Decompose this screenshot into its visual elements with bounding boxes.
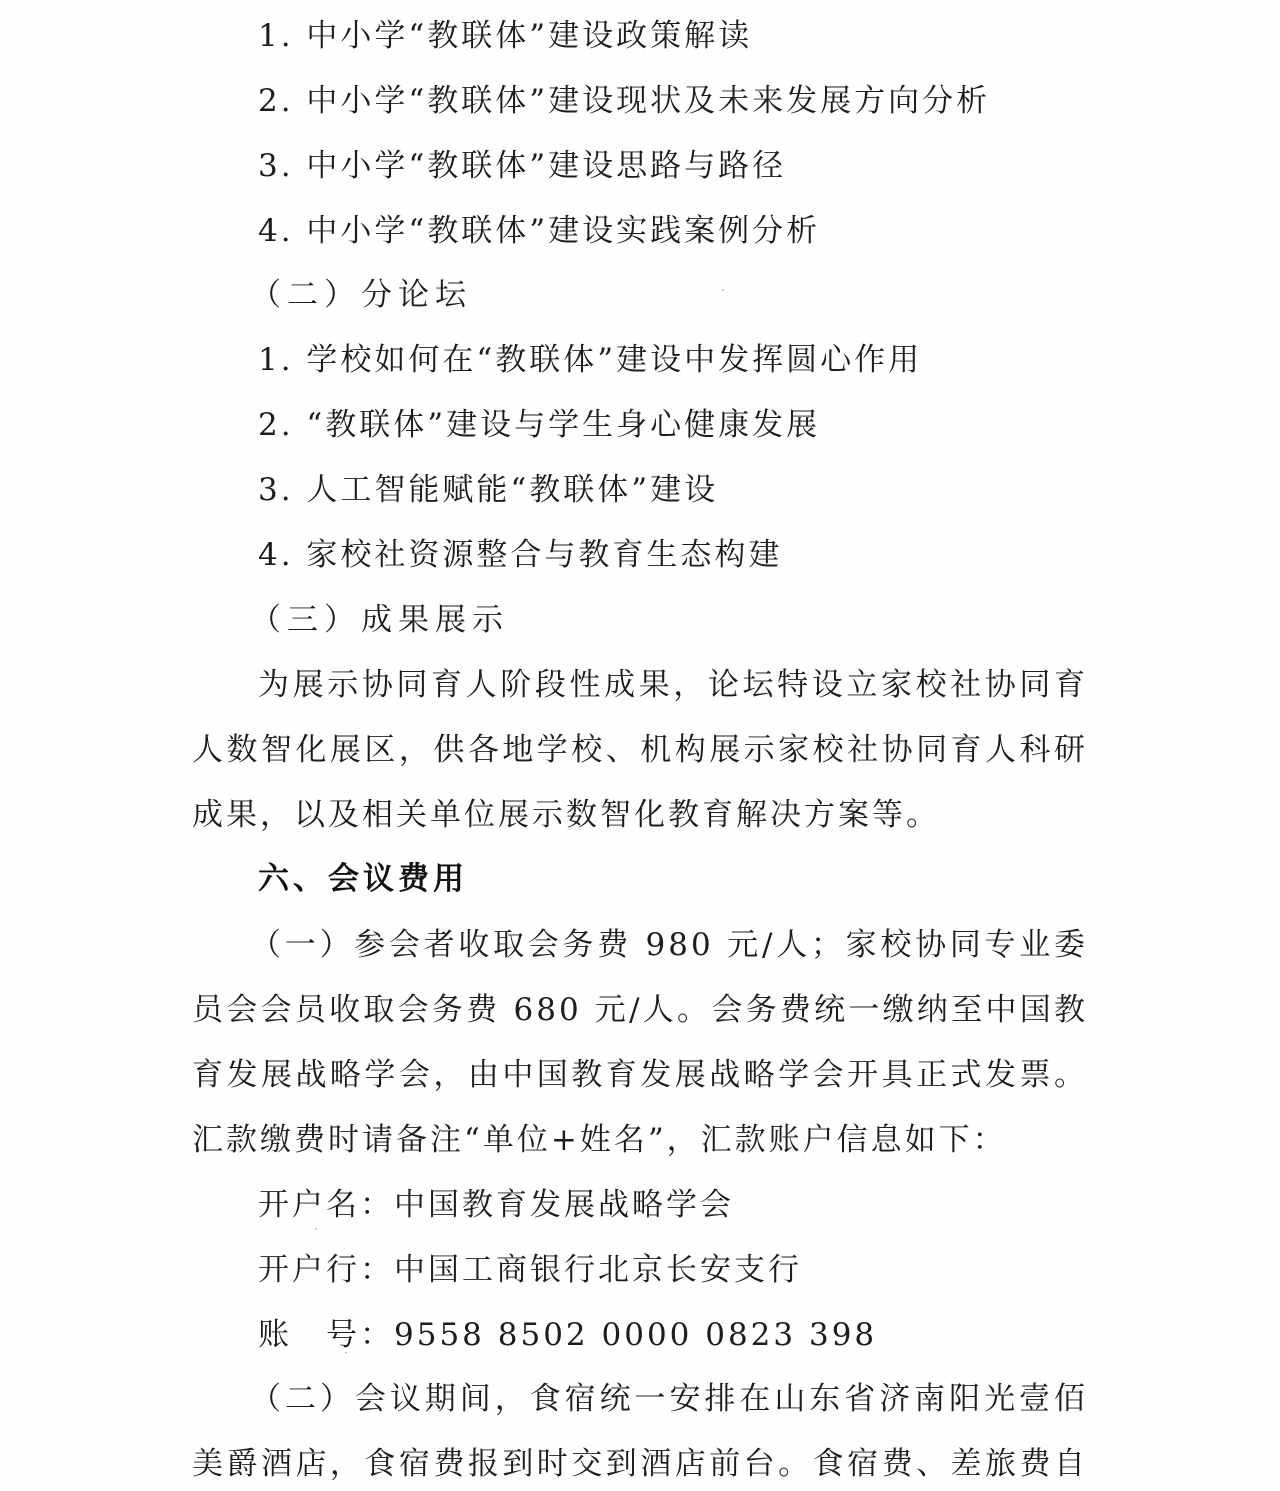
fees-item2-line-2: 美爵酒店，食宿费报到时交到酒店前台。食宿费、差旅费自 (192, 1439, 1088, 1489)
scan-speck (315, 1228, 317, 1230)
achievements-heading: （三）成果展示 (250, 595, 1150, 645)
sub-forum-topic-3: 3. 人工智能赋能“教联体”建设 (258, 465, 1158, 515)
sub-forum-topic-4: 4. 家校社资源整合与教育生态构建 (258, 530, 1158, 580)
account-bank-label: 开户行： (258, 1252, 394, 1288)
document-page: 1. 中小学“教联体”建设政策解读 2. 中小学“教联体”建设现状及未来发展方向… (0, 0, 1280, 1491)
achievements-paragraph-line-3: 成果，以及相关单位展示数智化教育解决方案等。 (192, 790, 1092, 840)
fees-item1-line-2: 员会会员收取会务费 680 元/人。会务费统一缴纳至中国教 (192, 985, 1088, 1035)
achievements-paragraph-line-1: 为展示协同育人阶段性成果，论坛特设立家校社协同育 (258, 660, 1088, 710)
account-name-label: 开户名： (258, 1187, 394, 1223)
sub-forum-topic-1: 1. 学校如何在“教联体”建设中发挥圆心作用 (258, 335, 1158, 385)
account-number-value: 9558 8502 0000 0823 398 (394, 1317, 877, 1353)
account-bank-row: 开户行：中国工商银行北京长安支行 (258, 1245, 1158, 1295)
account-name-value: 中国教育发展战略学会 (394, 1187, 734, 1223)
sub-forum-heading: （二）分论坛 (250, 270, 1150, 320)
main-forum-topic-4: 4. 中小学“教联体”建设实践案例分析 (258, 206, 1158, 256)
account-name-row: 开户名：中国教育发展战略学会 (258, 1180, 1158, 1230)
account-bank-value: 中国工商银行北京长安支行 (394, 1252, 802, 1288)
account-number-label: 账 号： (258, 1317, 394, 1353)
main-forum-topic-3: 3. 中小学“教联体”建设思路与路径 (258, 141, 1158, 191)
fees-item1-line-3: 育发展战略学会，由中国教育发展战略学会开具正式发票。 (192, 1050, 1088, 1100)
fees-item2-line-1: （二）会议期间，食宿统一安排在山东省济南阳光壹佰 (250, 1374, 1088, 1424)
sub-forum-topic-2: 2. “教联体”建设与学生身心健康发展 (258, 400, 1158, 450)
main-forum-topic-2: 2. 中小学“教联体”建设现状及未来发展方向分析 (258, 76, 1158, 126)
scan-speck (345, 1352, 347, 1354)
achievements-paragraph-line-2: 人数智化展区，供各地学校、机构展示家校社协同育人科研 (192, 725, 1088, 775)
fees-item1-line-1: （一）参会者收取会务费 980 元/人；家校协同专业委 (250, 920, 1088, 970)
account-number-row: 账 号：9558 8502 0000 0823 398 (258, 1310, 1158, 1360)
scan-speck (722, 289, 724, 291)
main-forum-topic-1: 1. 中小学“教联体”建设政策解读 (258, 11, 1158, 61)
fees-section-heading: 六、会议费用 (258, 854, 1158, 904)
fees-item1-line-4: 汇款缴费时请备注“单位+姓名”，汇款账户信息如下： (192, 1115, 1092, 1165)
